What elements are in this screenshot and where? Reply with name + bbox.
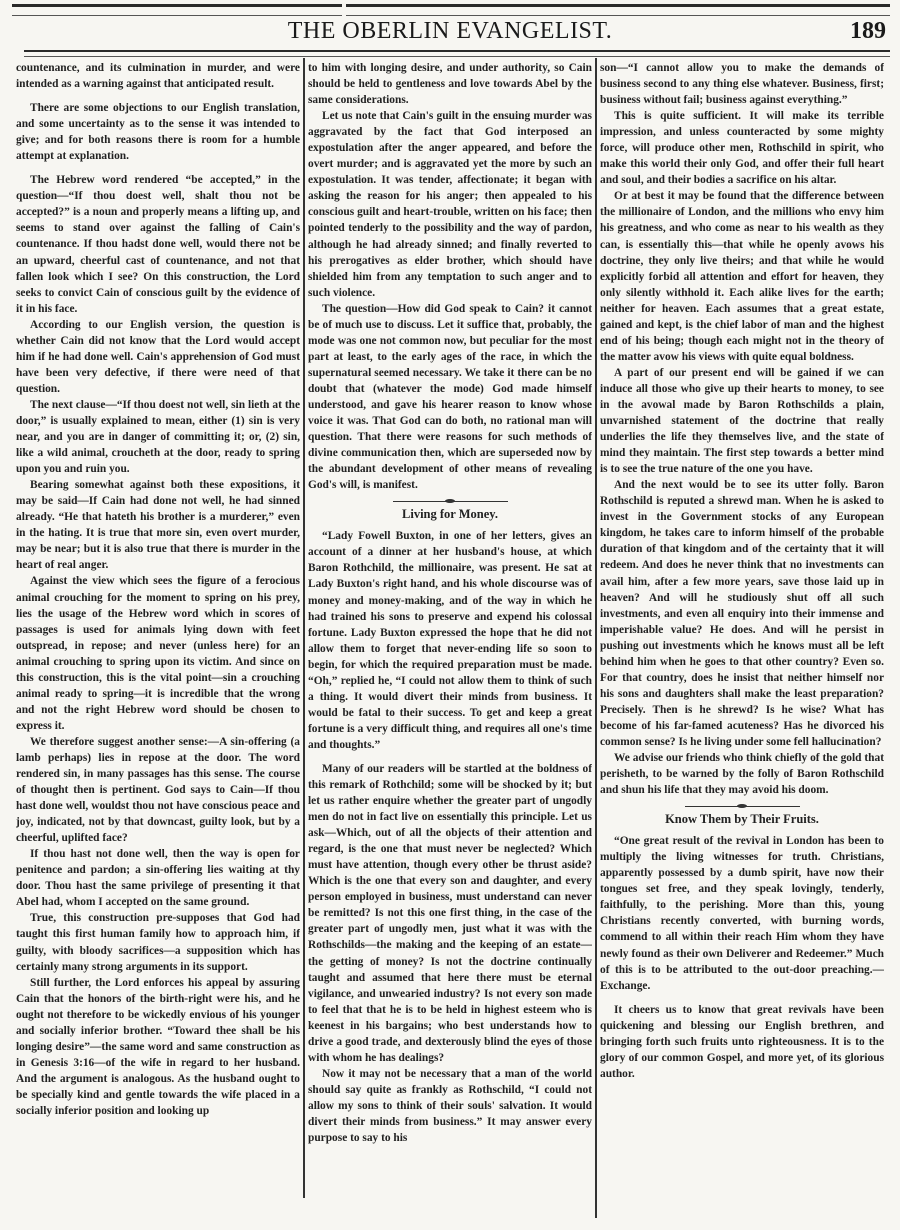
masthead-title: THE OBERLIN EVANGELIST. [0,18,900,45]
column-divider [595,58,597,1218]
paragraph: to him with longing desire, and under au… [308,60,592,108]
column-3: son—“I cannot allow you to make the dema… [600,60,884,1210]
paragraph: A part of our present end will be gained… [600,365,884,477]
paragraph: Now it may not be necessary that a man o… [308,1066,592,1146]
paragraph: Let us note that Cain's guilt in the ens… [308,108,592,301]
paragraph: If thou hast not done well, then the way… [16,846,300,910]
column-1: countenance, and its culmination in murd… [16,60,300,1210]
section-heading-know-them-by-their-fruits: Know Them by Their Fruits. [600,811,884,827]
paragraph: countenance, and its culmination in murd… [16,60,300,92]
paragraph: Or at best it may be found that the diff… [600,188,884,365]
paragraph: True, this construction pre-supposes tha… [16,910,300,974]
paragraph: We advise our friends who think chiefly … [600,750,884,798]
paragraph: Many of our readers will be startled at … [308,761,592,1066]
paragraph: This is quite sufficient. It will make i… [600,108,884,188]
paragraph: It cheers us to know that great revivals… [600,1002,884,1082]
section-heading-living-for-money: Living for Money. [308,506,592,522]
masthead-rule-left [12,4,342,16]
paragraph: The question—How did God speak to Cain? … [308,301,592,494]
paragraph: son—“I cannot allow you to make the dema… [600,60,884,108]
paragraph: The Hebrew word rendered “be accepted,” … [16,172,300,316]
paragraph: “One great result of the revival in Lond… [600,833,884,993]
paragraph: Against the view which sees the figure o… [16,573,300,733]
column-2: to him with longing desire, and under au… [308,60,592,1210]
newspaper-page: THE OBERLIN EVANGELIST. 189 countenance,… [0,0,900,1230]
page-number: 189 [850,18,886,45]
paragraph: There are some objections to our English… [16,100,300,164]
section-separator [393,501,508,502]
paragraph: We therefore suggest another sense:—A si… [16,734,300,846]
paragraph: Still further, the Lord enforces his app… [16,975,300,1119]
paragraph: And the next would be to see its utter f… [600,477,884,750]
masthead-rule-under [24,50,890,57]
paragraph: “Lady Fowell Buxton, in one of her lette… [308,528,592,753]
paragraph: According to our English version, the qu… [16,317,300,397]
column-divider [303,58,305,1198]
paragraph: Bearing somewhat against both these expo… [16,477,300,573]
section-separator [685,806,800,807]
masthead-rule-right [346,4,890,16]
paragraph: The next clause—“If thou doest not well,… [16,397,300,477]
